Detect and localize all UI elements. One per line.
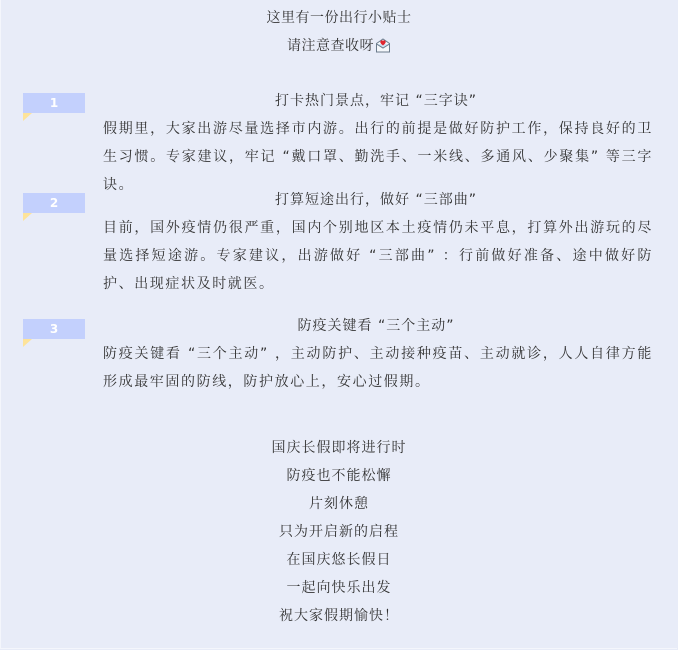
closing-line: 片刻休憩 bbox=[0, 490, 678, 518]
intro-line-2: 请注意查收呀 bbox=[0, 32, 678, 60]
section-title: 打卡热门景点，牢记 “三字诀” bbox=[103, 87, 649, 115]
closing-line: 祝大家假期愉快！ bbox=[0, 602, 678, 630]
closing-line: 一起向快乐出发 bbox=[0, 574, 678, 602]
intro-block: 这里有一份出行小贴士 请注意查收呀 bbox=[0, 4, 678, 60]
intro-line-2-text: 请注意查收呀 bbox=[287, 38, 374, 54]
section-number-badge: 3 bbox=[23, 319, 85, 339]
badge-fold-corner bbox=[23, 339, 32, 347]
section-body: 目前，国外疫情仍很严重，国内个别地区本土疫情仍未平息，打算外出游玩的尽量选择短途… bbox=[103, 214, 653, 298]
section-number-badge: 1 bbox=[23, 93, 85, 113]
badge-fold-corner bbox=[23, 213, 32, 221]
closing-poem: 国庆长假即将进行时 防疫也不能松懈 片刻休憩 只为开启新的启程 在国庆悠长假日 … bbox=[0, 434, 678, 630]
section-title: 打算短途出行，做好 “三部曲” bbox=[103, 186, 649, 214]
closing-line: 防疫也不能松懈 bbox=[0, 462, 678, 490]
love-letter-envelope-icon bbox=[375, 35, 391, 51]
section-number-badge: 2 bbox=[23, 193, 85, 213]
section-title: 防疫关键看 “三个主动” bbox=[103, 312, 649, 340]
closing-line: 国庆长假即将进行时 bbox=[0, 434, 678, 462]
intro-line-1: 这里有一份出行小贴士 bbox=[0, 4, 678, 32]
badge-fold-corner bbox=[23, 113, 32, 121]
closing-line: 在国庆悠长假日 bbox=[0, 546, 678, 574]
closing-line: 只为开启新的启程 bbox=[0, 518, 678, 546]
section-body: 防疫关键看 “三个主动” ，主动防护、主动接种疫苗、主动就诊，人人自律方能形成最… bbox=[103, 340, 653, 396]
